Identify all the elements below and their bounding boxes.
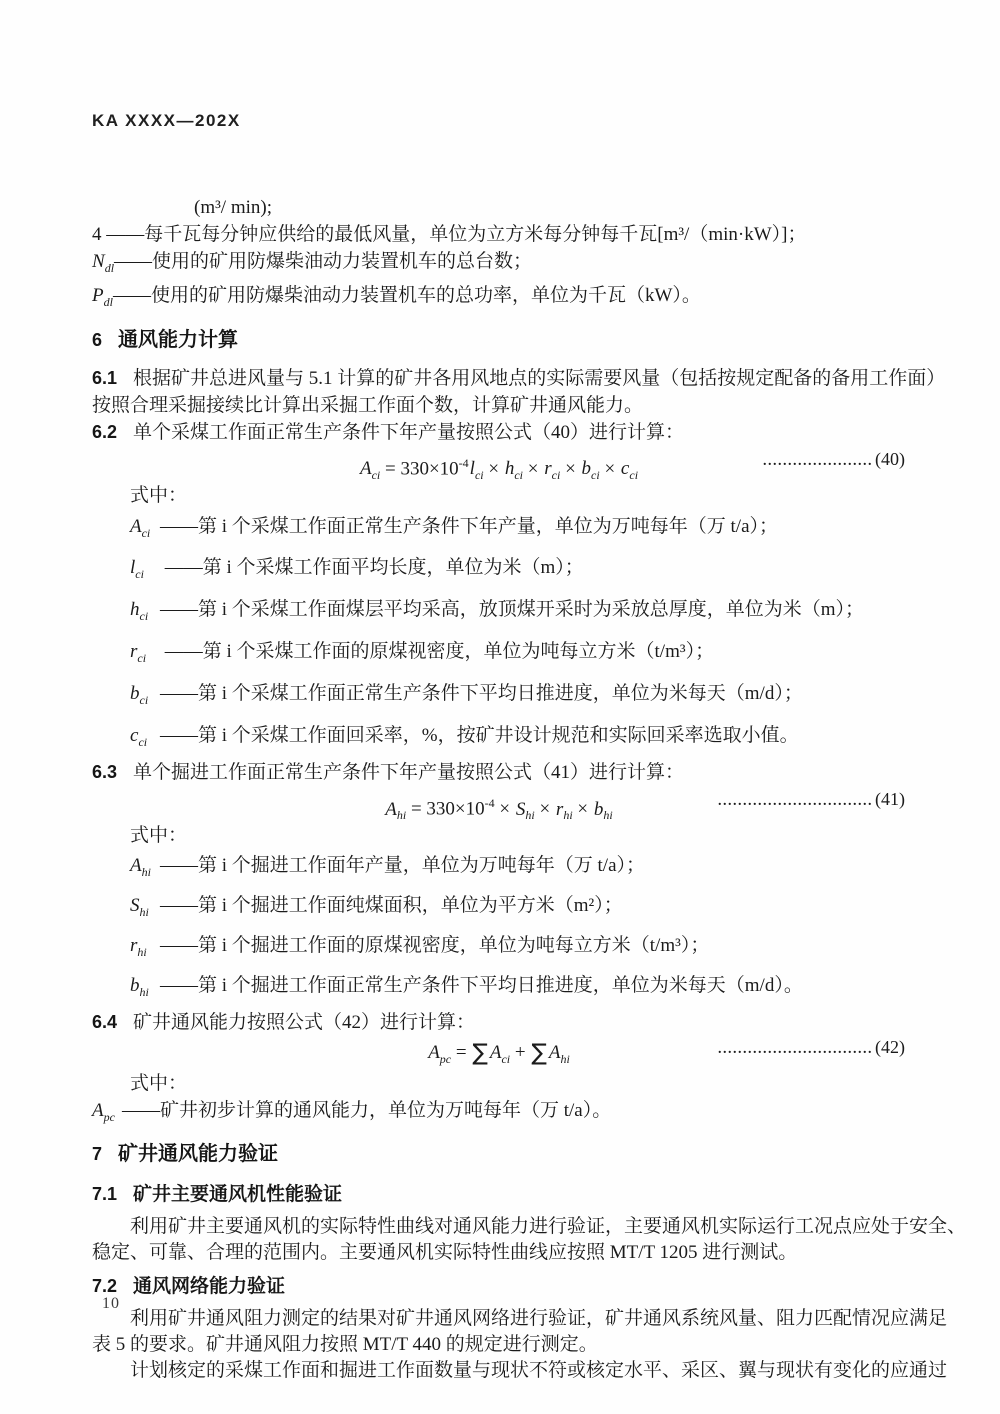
variable-text: ——第 i 个采煤工作面煤层平均采高，放顶煤开采时为采放总厚度，单位为米（m）； [160,599,864,620]
page-number: 10 [102,1295,120,1313]
symbol-base: A [130,516,142,537]
variable-definition-rhi: rhi——第 i 个掘进工作面的原煤视密度，单位为吨每立方米（t/m³）； [92,929,905,969]
variable-text: ——第 i 个采煤工作面回采率，%，按矿井设计规范和实际回采率选取小值。 [160,725,799,746]
symbol-subscript: ci [142,525,151,539]
variable-definition-bhi: bhi——第 i 个掘进工作面正常生产条件下平均日推进度，单位为米每天（m/d）… [92,969,905,1009]
formula-41-row: Ahi = 330×10-4 × Shi × rhi × bhi .......… [92,786,905,822]
subsection-7-2-number: 7.2 [92,1276,117,1296]
symbol-subscript: hi [140,905,149,919]
variable-symbol: Aci [130,509,160,551]
clause-6-2: 6.2单个采煤工作面正常生产条件下年产量按照公式（40）进行计算： [92,419,905,446]
formula-42-expression: Apc = ∑Aci + ∑Ahi [427,1038,570,1074]
subsection-7-1-title: 矿井主要通风机性能验证 [133,1184,342,1205]
variable-symbol: rci [130,634,160,676]
symbol-base: h [130,599,140,620]
symbol-definitions-continued: (m³/ min); 4 ——每千瓦每分钟应供给的最低风量，单位为立方米每分钟每… [92,194,905,316]
document-page: KA XXXX—202X (m³/ min); 4 ——每千瓦每分钟应供给的最低… [0,0,1000,1414]
symbol-base: b [130,975,140,996]
clause-6-4-number: 6.4 [92,1012,117,1032]
definition-pdl: Pdl——使用的矿用防爆柴油动力装置机车的总功率，单位为千瓦（kW）。 [92,282,905,316]
section-6-number: 6 [92,330,102,350]
symbol-subscript: ci [140,693,149,707]
symbol-ndl-subscript: dl [105,261,114,275]
variable-symbol: Shi [130,889,160,929]
leader-dots: ...................... [763,454,873,469]
symbol-subscript: ci [138,734,147,748]
clause-6-3-text: 单个掘进工作面正常生产条件下年产量按照公式（41）进行计算： [133,762,684,783]
variable-text: ——第 i 个采煤工作面平均长度，单位为米（m）； [160,557,584,578]
variable-text: ——第 i 个采煤工作面的原煤视密度，单位为吨每立方米（t/m³）； [160,641,714,662]
variable-text: ——矿井初步计算的通风能力，单位为万吨每年（万 t/a）。 [122,1100,611,1121]
clause-6-1-continuation: 按照合理采掘接续比计算出采掘工作面个数，计算矿井通风能力。 [92,392,905,419]
paragraph-7-1-line2: 稳定、可靠、合理的范围内。主要通风机实际特性曲线应按照 MT/T 1205 进行… [92,1240,905,1266]
symbol-base: A [130,855,142,876]
unit-continuation-line: (m³/ min); [92,194,905,221]
symbol-base: b [130,683,140,704]
paragraph-7-2-line2: 表 5 的要求。矿井通风阻力按照 MT/T 440 的规定进行测定。 [92,1332,905,1358]
variable-symbol: Apc [92,1097,122,1131]
paragraph-7-1-line1: 利用矿井主要通风机的实际特性曲线对通风能力进行验证，主要通风机实际运行工况点应处… [92,1214,905,1240]
symbol-pdl: P [92,285,104,306]
symbol-pdl-subscript: dl [104,295,113,309]
symbol-subscript: hi [140,985,149,999]
formula-41-expression: Ahi = 330×10-4 × Shi × rhi × bhi [384,788,612,830]
paragraph-7-2-line1: 利用矿井通风阻力测定的结果对矿井通风网络进行验证，矿井通风系统风量、阻力匹配情况… [92,1306,905,1332]
symbol-subscript: ci [137,651,146,665]
document-code: KA XXXX—202X [92,110,905,132]
section-7-title: 矿井通风能力验证 [118,1143,278,1165]
formula-40-row: Aci = 330×10-4lci × hci × rci × bci × cc… [92,446,905,482]
variable-definition-hci: hci——第 i 个采煤工作面煤层平均采高，放顶煤开采时为采放总厚度，单位为米（… [92,592,905,634]
variable-definition-lci: lci ——第 i 个采煤工作面平均长度，单位为米（m）； [92,550,905,592]
definition-ndl: Ndl——使用的矿用防爆柴油动力装置机车的总台数； [92,248,905,282]
subsection-7-2-heading: 7.2通风网络能力验证 [92,1274,905,1298]
clause-6-1: 6.1根据矿井总进风量与 5.1 计算的矿井各用风地点的实际需要风量（包括按规定… [92,365,905,392]
section-6-heading: 6通风能力计算 [92,328,905,352]
section-7-heading: 7矿井通风能力验证 [92,1142,905,1166]
clause-6-2-number: 6.2 [92,422,117,442]
section-7-number: 7 [92,1144,102,1164]
definition-pdl-text: ——使用的矿用防爆柴油动力装置机车的总功率，单位为千瓦（kW）。 [113,285,701,306]
variable-symbol: rhi [130,929,160,969]
symbol-base: S [130,895,140,916]
variable-definition-cci: cci——第 i 个采煤工作面回采率，%，按矿井设计规范和实际回采率选取小值。 [92,718,905,760]
leader-dots: ............................... [718,794,873,809]
variable-definition-rci: rci ——第 i 个采煤工作面的原煤视密度，单位为吨每立方米（t/m³）； [92,634,905,676]
clause-6-1-text: 根据矿井总进风量与 5.1 计算的矿井各用风地点的实际需要风量（包括按规定配备的… [133,368,945,389]
symbol-subscript: hi [142,865,151,879]
formula-42-leader: ...............................(42) [718,1032,905,1065]
section-6-title: 通风能力计算 [118,329,238,351]
variable-definition-apc: Apc——矿井初步计算的通风能力，单位为万吨每年（万 t/a）。 [92,1097,905,1131]
where-label-3: 式中： [92,1070,905,1097]
clause-6-1-number: 6.1 [92,368,117,388]
symbol-ndl: N [92,251,105,272]
subsection-7-2-title: 通风网络能力验证 [133,1276,285,1297]
leader-dots: ............................... [718,1042,873,1057]
variable-text: ——第 i 个采煤工作面正常生产条件下平均日推进度，单位为米每天（m/d）； [160,683,803,704]
variable-symbol: bci [130,676,160,718]
subsection-7-1-heading: 7.1矿井主要通风机性能验证 [92,1182,905,1206]
variable-definition-ahi: Ahi——第 i 个掘进工作面年产量，单位为万吨每年（万 t/a）； [92,849,905,889]
variable-text: ——第 i 个掘进工作面年产量，单位为万吨每年（万 t/a）； [160,855,645,876]
formula-41-number: (41) [875,789,905,809]
variable-text: ——第 i 个掘进工作面的原煤视密度，单位为吨每立方米（t/m³）； [160,935,709,956]
formula-41-leader: ...............................(41) [718,784,905,817]
formula-40-expression: Aci = 330×10-4lci × hci × rci × bci × cc… [359,448,638,490]
symbol-subscript: ci [140,609,149,623]
definition-q4: 4 ——每千瓦每分钟应供给的最低风量，单位为立方米每分钟每千瓦[m³/（min·… [92,221,905,248]
variable-symbol: hci [130,592,160,634]
formula-42-row: Apc = ∑Aci + ∑Ahi ......................… [92,1036,905,1070]
clause-6-3: 6.3单个掘进工作面正常生产条件下年产量按照公式（41）进行计算： [92,759,905,786]
definition-ndl-text: ——使用的矿用防爆柴油动力装置机车的总台数； [114,251,532,272]
variable-symbol: Ahi [130,849,160,889]
variable-definition-bci: bci——第 i 个采煤工作面正常生产条件下平均日推进度，单位为米每天（m/d）… [92,676,905,718]
clause-6-2-text: 单个采煤工作面正常生产条件下年产量按照公式（40）进行计算： [133,422,684,443]
symbol-subscript: hi [137,945,146,959]
formula-42-number: (42) [875,1037,905,1057]
variable-symbol: bhi [130,969,160,1009]
variable-text: ——第 i 个采煤工作面正常生产条件下年产量，单位为万吨每年（万 t/a）； [160,516,778,537]
variable-symbol: cci [130,718,160,760]
formula-40-number: (40) [875,449,905,469]
variable-definition-aci: Aci——第 i 个采煤工作面正常生产条件下年产量，单位为万吨每年（万 t/a）… [92,509,905,551]
variable-text: ——第 i 个掘进工作面纯煤面积，单位为平方米（m²）； [160,895,623,916]
variable-symbol: lci [130,550,160,592]
paragraph-7-2-line3: 计划核定的采煤工作面和掘进工作面数量与现状不符或核定水平、采区、翼与现状有变化的… [92,1358,905,1384]
clause-6-4-text: 矿井通风能力按照公式（42）进行计算： [133,1012,475,1033]
formula-40-leader: ......................(40) [763,444,905,477]
symbol-base: A [92,1100,104,1121]
symbol-subscript: pc [104,1109,115,1123]
variable-definition-shi: Shi——第 i 个掘进工作面纯煤面积，单位为平方米（m²）； [92,889,905,929]
variable-text: ——第 i 个掘进工作面正常生产条件下平均日推进度，单位为米每天（m/d）。 [160,975,803,996]
subsection-7-1-number: 7.1 [92,1184,117,1204]
symbol-subscript: ci [135,567,144,581]
clause-6-3-number: 6.3 [92,762,117,782]
